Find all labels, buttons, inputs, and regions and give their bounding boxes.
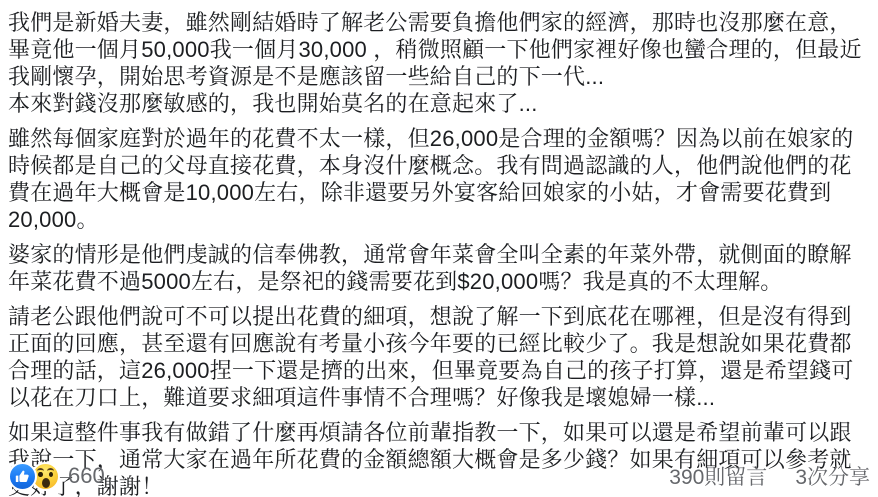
reaction-count[interactable]: 660 (68, 463, 105, 489)
post-text-line: 請老公跟他們說可不可以提出花費的細項，想說了解一下到底花在哪裡，但是沒有得到正面… (8, 304, 854, 410)
post-paragraph: 婆家的情形是他們虔誠的信奉佛教，通常會年菜會全叫全素的年菜外帶，就側面的瞭解年菜… (8, 241, 870, 295)
wow-eye (38, 472, 43, 478)
engagement-bar: 660 390則留言 3次分享 (8, 461, 870, 491)
thumbs-up-icon (14, 468, 31, 485)
post-body: 我們是新婚夫妻，雖然剛結婚時了解老公需要負擔他們家的經濟，那時也沒那麼在意，畢竟… (0, 0, 878, 497)
post-text-line: 本來對錢沒那麼敏感的，我也開始莫名的在意起來了... (8, 91, 538, 116)
shares-count[interactable]: 3次分享 (795, 461, 870, 491)
post-text-line: 雖然每個家庭對於過年的花費不太一樣，但26,000是合理的金額嗎？因為以前在娘家… (8, 126, 854, 232)
comments-count[interactable]: 390則留言 (669, 461, 767, 491)
reaction-summary[interactable]: 660 (8, 462, 105, 491)
wow-mouth (42, 478, 50, 488)
post-paragraph: 我們是新婚夫妻，雖然剛結婚時了解老公需要負擔他們家的經濟，那時也沒那麼在意，畢竟… (8, 9, 870, 117)
post-text-line: 我們是新婚夫妻，雖然剛結婚時了解老公需要負擔他們家的經濟，那時也沒那麼在意，畢竟… (8, 10, 862, 89)
post-text-line: 婆家的情形是他們虔誠的信奉佛教，通常會年菜會全叫全素的年菜外帶，就側面的瞭解年菜… (8, 242, 852, 294)
wow-eye (49, 472, 54, 478)
like-reaction-icon (8, 462, 37, 491)
engagement-meta: 390則留言 3次分享 (669, 461, 870, 491)
post-paragraph: 雖然每個家庭對於過年的花費不太一樣，但26,000是合理的金額嗎？因為以前在娘家… (8, 125, 870, 233)
post-paragraph: 請老公跟他們說可不可以提出花費的細項，想說了解一下到底花在哪裡，但是沒有得到正面… (8, 303, 870, 411)
